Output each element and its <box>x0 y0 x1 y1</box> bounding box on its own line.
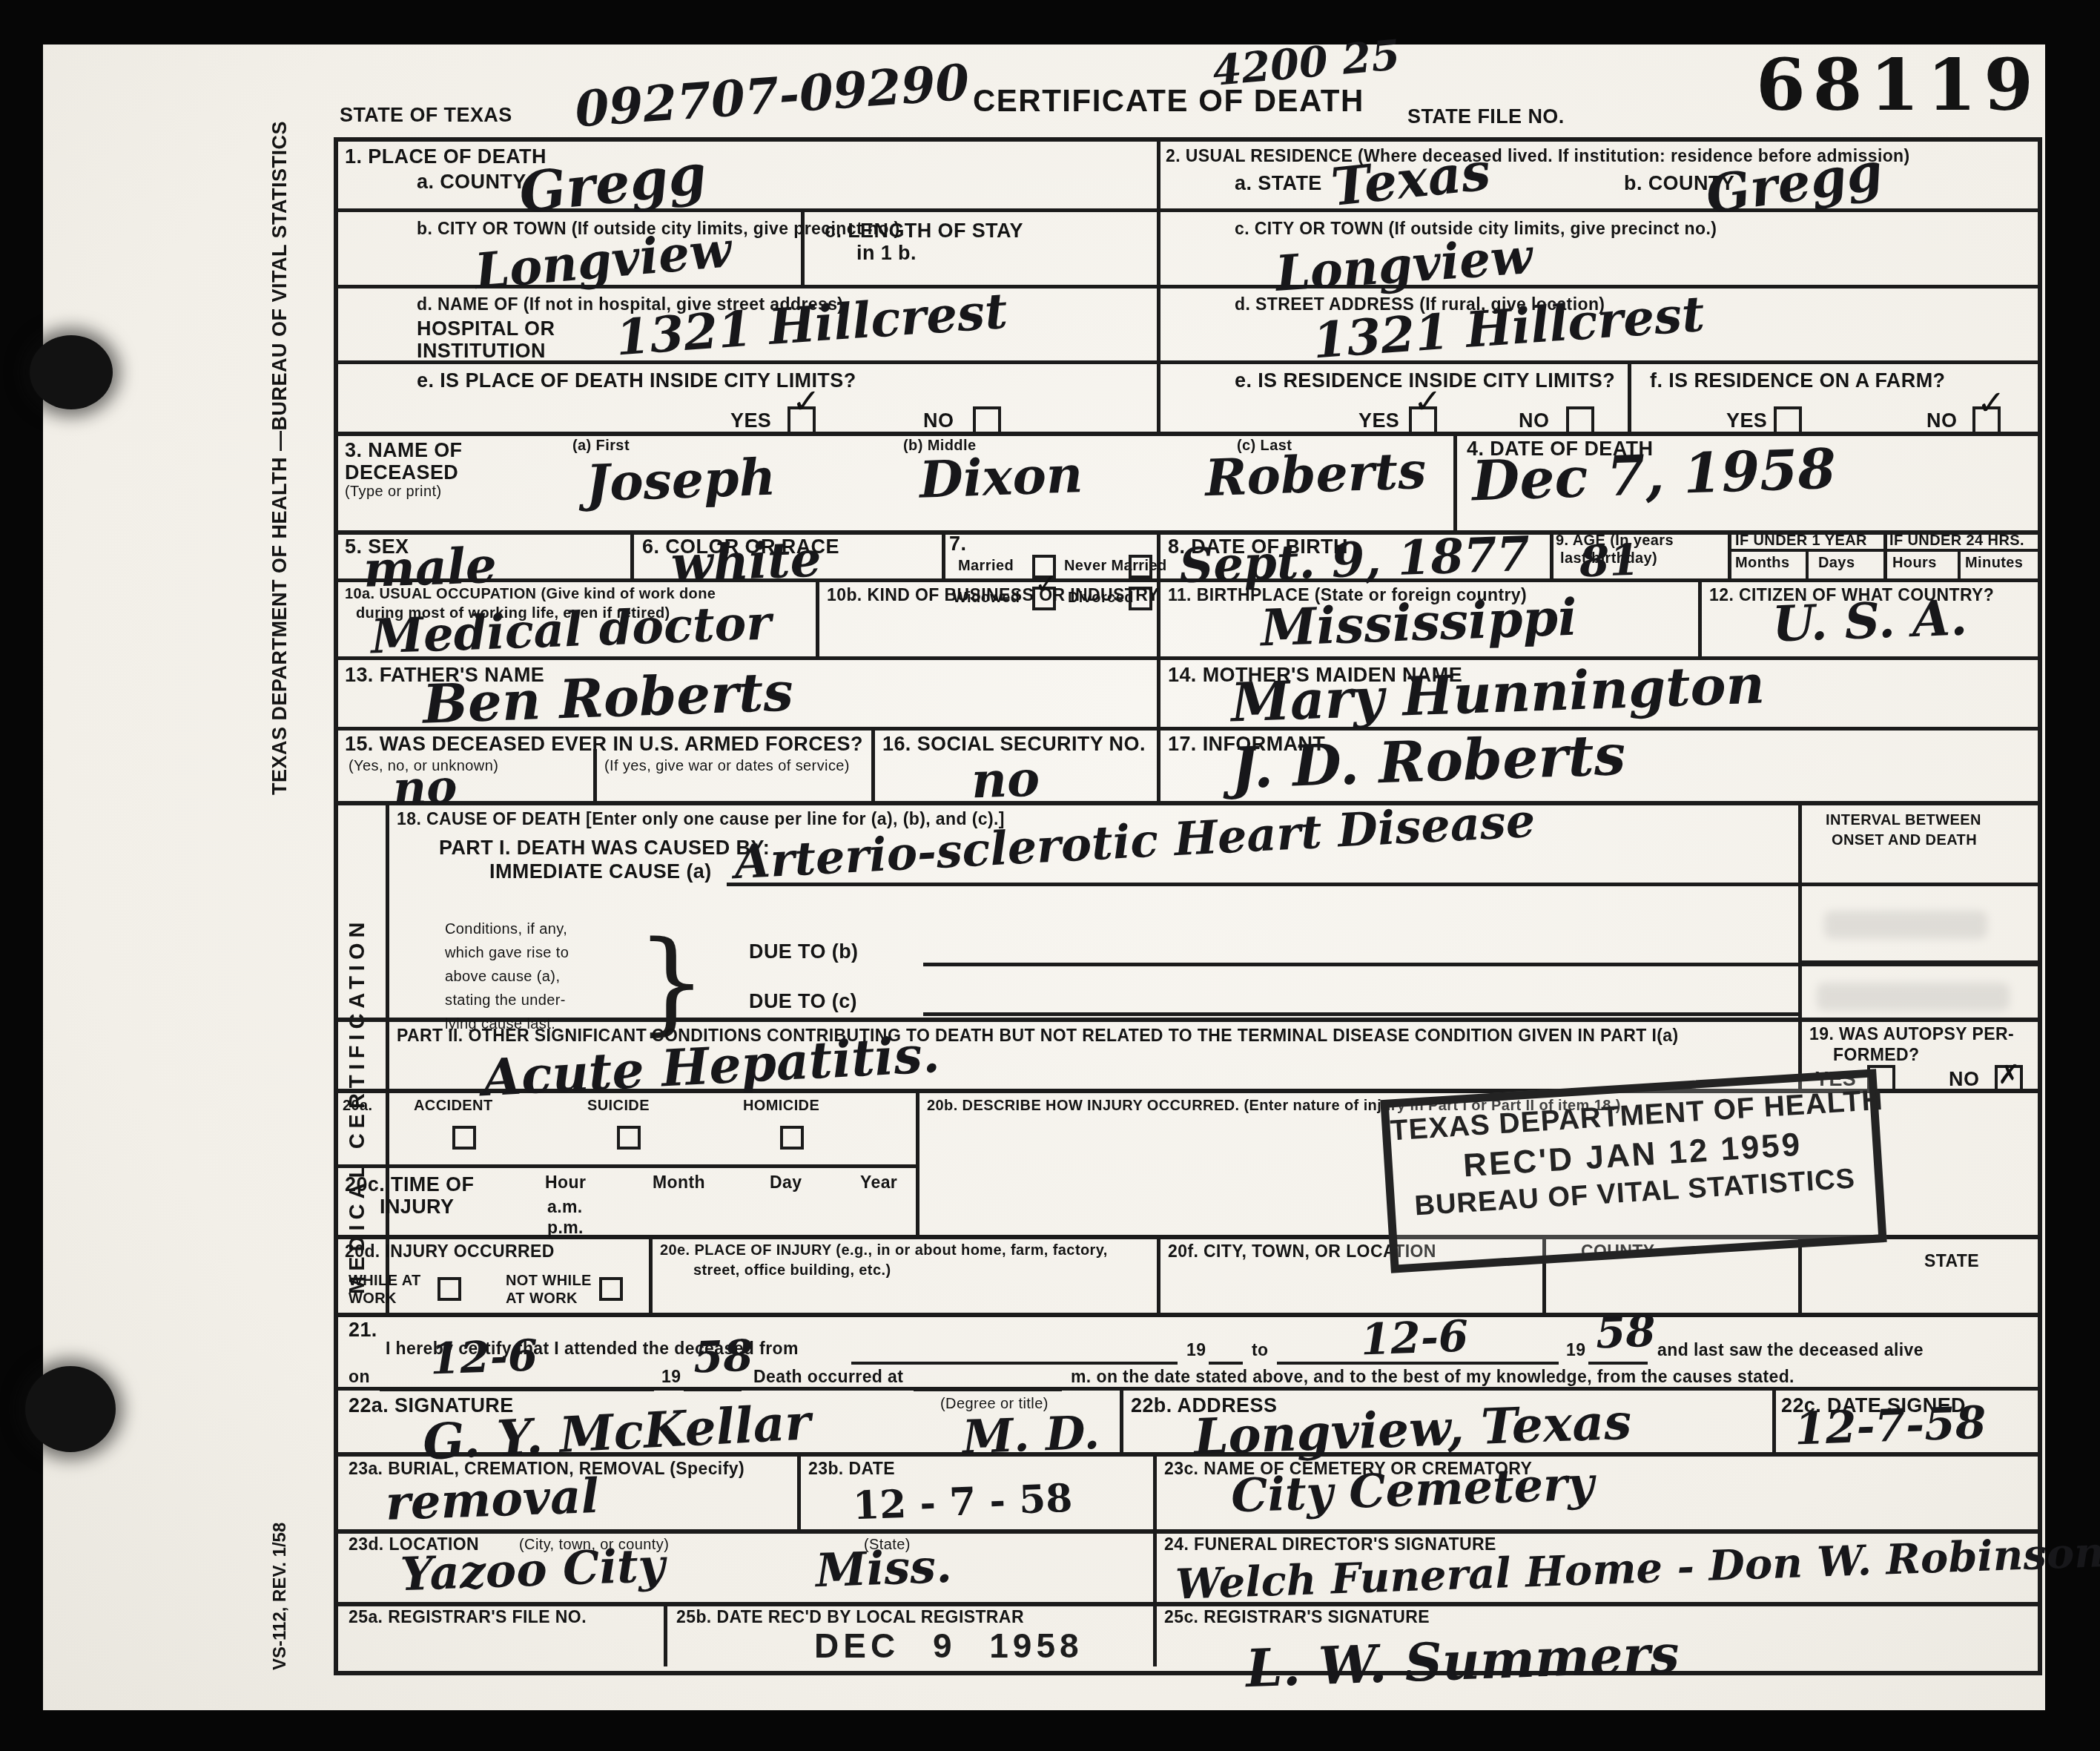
grid-line <box>334 801 2038 805</box>
time-of-injury-label1: 20c. TIME OF <box>345 1173 474 1196</box>
day-label: Day <box>770 1173 802 1193</box>
name-of-deceased-label1: 3. NAME OF <box>345 439 463 461</box>
month-label: Month <box>653 1173 705 1193</box>
fathers-name-value: Ben Roberts <box>422 659 794 735</box>
immediate-cause-label: IMMEDIATE CAUSE (a) <box>489 860 712 883</box>
grid-line <box>797 1452 801 1529</box>
attended-to-year-value: 58 <box>1595 1306 1657 1359</box>
checkbox-never-married <box>1129 555 1152 578</box>
punch-hole <box>30 335 113 409</box>
registrars-signature-label: 25c. REGISTRAR'S SIGNATURE <box>1164 1608 1430 1627</box>
state-of-texas-label: STATE OF TEXAS <box>340 104 512 126</box>
last-name-value: Roberts <box>1204 441 1427 508</box>
margin-form-number: VS-112, REV. 1/58 <box>270 1523 291 1670</box>
checkbox-while-at-work <box>437 1277 461 1301</box>
hospital-name-label2: HOSPITAL OR <box>417 317 555 340</box>
last-seen-date-value: 12-6 <box>429 1330 538 1384</box>
injury-state-label: STATE <box>1924 1252 1979 1271</box>
place-of-injury-label2: street, office building, etc.) <box>693 1262 891 1279</box>
date-recd-stamp: DEC 9 1958 <box>814 1626 1083 1666</box>
pencil-smudge <box>1817 983 2010 1011</box>
name-of-deceased-label2: DECEASED <box>345 461 458 484</box>
first-name-value: Joseph <box>585 448 777 514</box>
am-label: a.m. <box>547 1198 583 1217</box>
homicide-label: HOMICIDE <box>743 1098 819 1114</box>
burial-cremation-value: removal <box>385 1468 600 1531</box>
pm-label: p.m. <box>547 1219 584 1238</box>
not-while-at-work-label2: AT WORK <box>506 1290 578 1307</box>
grid-line <box>1883 530 1887 578</box>
grid-line <box>1120 1387 1123 1452</box>
checkmark-death-city-limits-yes: ✓ <box>792 384 821 418</box>
conditions-note-4: stating the under- <box>445 992 566 1009</box>
autopsy-label-1: 19. WAS AUTOPSY PER- <box>1809 1025 2014 1044</box>
grid-line <box>593 749 597 801</box>
interval-label-2: ONSET AND DEATH <box>1832 832 1977 848</box>
year-label: Year <box>860 1173 897 1193</box>
informant-value: J. D. Roberts <box>1230 722 1627 802</box>
due-c-line <box>923 1012 1798 1016</box>
grid-line <box>1958 549 1961 578</box>
item-21-number: 21. <box>349 1319 377 1341</box>
grid-line <box>1157 727 1160 801</box>
grid-line <box>664 1602 667 1666</box>
hour-label: Hour <box>545 1173 586 1193</box>
yes-label: YES <box>1358 409 1399 432</box>
hospital-name-label3: INSTITUTION <box>417 340 546 362</box>
pencil-smudge <box>1824 911 1987 939</box>
conditions-note-2: which gave rise to <box>445 945 569 961</box>
checkmark-residence-farm-no: ✓ <box>1977 386 2006 420</box>
checkmark-residence-city-limits-yes: ✓ <box>1413 384 1442 418</box>
grid-line <box>1153 1452 1157 1666</box>
blank-line <box>1588 1362 1648 1365</box>
year-19-printed: 19 <box>661 1368 681 1387</box>
first-name-label: (a) First <box>572 438 630 454</box>
interval-label-1: INTERVAL BETWEEN <box>1826 812 1981 828</box>
due-to-b-label: DUE TO (b) <box>749 940 859 963</box>
burial-date-label: 23b. DATE <box>808 1460 895 1479</box>
days-label: Days <box>1818 555 1855 571</box>
injury-occurred-label: 20d. INJURY OCCURRED <box>345 1242 555 1262</box>
grid-line <box>1157 137 1160 432</box>
yes-label: YES <box>1726 409 1767 432</box>
state-file-no-label: STATE FILE NO. <box>1407 105 1565 128</box>
certificate-title: CERTIFICATE OF DEATH <box>973 83 1364 118</box>
grid-line <box>1628 360 1631 432</box>
blank-line <box>914 1388 1062 1391</box>
grid-line <box>334 1018 2038 1022</box>
if-under-1-year-label: IF UNDER 1 YEAR <box>1735 532 1867 549</box>
no-label: NO <box>1519 409 1549 432</box>
registrars-file-no-label: 25a. REGISTRAR'S FILE NO. <box>349 1608 587 1627</box>
grid-line <box>334 1529 2038 1534</box>
armed-forces-label: 15. WAS DECEASED EVER IN U.S. ARMED FORC… <box>345 733 863 755</box>
grid-line <box>1698 578 1702 656</box>
birthplace-value: Mississippi <box>1260 588 1578 659</box>
place-of-injury-label1: 20e. PLACE OF INJURY (e.g., in or about … <box>660 1242 1108 1259</box>
item-20a-number: 20a. <box>343 1098 373 1114</box>
date-of-death-value: Dec 7, 1958 <box>1471 437 1837 513</box>
blank-line <box>1209 1362 1243 1365</box>
grid-line <box>1728 530 1731 578</box>
color-or-race-value: white <box>670 530 822 593</box>
serial-number: 68119 <box>1756 43 2041 127</box>
no-label: NO <box>923 409 954 432</box>
hours-label: Hours <box>1892 555 1937 571</box>
grid-line <box>649 1235 653 1313</box>
part1-label: PART I. DEATH WAS CAUSED BY: <box>439 837 770 859</box>
grid-line <box>334 1313 2038 1317</box>
armed-forces-value: no <box>392 759 458 816</box>
grid-line <box>916 1089 919 1235</box>
residence-farm-label: f. IS RESIDENCE ON A FARM? <box>1650 369 1945 392</box>
date-signed-value: 12-7-58 <box>1794 1397 1987 1456</box>
certify-text-4: m. on the date stated above, and to the … <box>1071 1368 1794 1387</box>
length-of-stay-label: c. LENGTH OF STAY <box>825 220 1023 242</box>
while-at-work-label2: WORK <box>349 1290 397 1307</box>
grid-line <box>1453 432 1457 530</box>
checkbox-homicide <box>780 1126 804 1150</box>
grid-line <box>386 801 389 1313</box>
death-occurred-at-label: Death occurred at <box>753 1368 903 1387</box>
married-label: Married <box>958 558 1014 574</box>
received-stamp: TEXAS DEPARTMENT OF HEALTH REC'D JAN 12 … <box>1380 1069 1886 1273</box>
grid-line <box>334 1164 916 1168</box>
grid-line <box>1798 960 2038 963</box>
on-label: on <box>349 1368 370 1387</box>
checkbox-residence-farm-yes <box>1774 406 1802 435</box>
blank-line <box>380 1388 654 1391</box>
location-city-value: Yazoo City <box>400 1538 666 1601</box>
checkmark-autopsy-no: ✗ <box>1998 1062 2020 1089</box>
checkbox-not-while-at-work <box>599 1277 623 1301</box>
checkbox-death-city-limits-no <box>973 406 1001 435</box>
county-label: a. COUNTY <box>417 171 526 193</box>
location-state-value: Miss. <box>815 1539 953 1597</box>
grid-line <box>1798 883 2038 886</box>
grid-line <box>1806 549 1809 578</box>
grid-line <box>1772 1387 1776 1452</box>
while-at-work-label1: WHILE AT <box>349 1273 421 1289</box>
burial-date-value: 12 - 7 - 58 <box>852 1476 1073 1529</box>
year-19-printed: 19 <box>1566 1341 1585 1360</box>
conditions-note-1: Conditions, if any, <box>445 921 567 937</box>
grid-line <box>942 530 945 578</box>
no-label: NO <box>1949 1068 1979 1090</box>
type-or-print-label: (Type or print) <box>345 484 441 500</box>
grid-line <box>1157 1235 1160 1313</box>
suicide-label: SUICIDE <box>587 1098 650 1114</box>
residence-state-label: a. STATE <box>1235 172 1322 194</box>
checkbox-suicide <box>617 1126 641 1150</box>
punch-hole <box>25 1366 116 1452</box>
date-recd-label: 25b. DATE REC'D BY LOCAL REGISTRAR <box>676 1608 1024 1627</box>
grid-line <box>871 727 875 801</box>
social-security-value: no <box>971 749 1041 809</box>
accident-label: ACCIDENT <box>414 1098 493 1114</box>
marital-status-number: 7. <box>949 532 966 555</box>
if-under-24-hrs-label: IF UNDER 24 HRS. <box>1889 532 2024 549</box>
death-certificate-scan: STATE OF TEXAS 092707-09290 CERTIFICATE … <box>0 0 2100 1751</box>
grid-line <box>1550 530 1553 578</box>
minutes-label: Minutes <box>1965 555 2023 571</box>
year-19-printed: 19 <box>1186 1341 1206 1360</box>
checkbox-residence-city-limits-no <box>1566 406 1594 435</box>
checkbox-accident <box>452 1126 476 1150</box>
margin-department-text: TEXAS DEPARTMENT OF HEALTH —BUREAU OF VI… <box>268 121 291 795</box>
blank-line <box>684 1388 742 1391</box>
conditions-note-3: above cause (a), <box>445 969 560 985</box>
death-inside-city-limits-label: e. IS PLACE OF DEATH INSIDE CITY LIMITS? <box>417 369 856 392</box>
grid-line <box>630 530 634 578</box>
due-to-c-label: DUE TO (c) <box>749 990 857 1012</box>
certify-text-2: and last saw the deceased alive <box>1657 1341 1924 1360</box>
age-value: 81 <box>1579 535 1640 587</box>
time-of-injury-label2: INJURY <box>380 1196 454 1218</box>
grid-line <box>1157 656 1160 727</box>
not-while-at-work-label1: NOT WHILE <box>506 1273 592 1289</box>
months-label: Months <box>1735 555 1790 571</box>
citizen-country-value: U. S. A. <box>1772 588 1968 653</box>
kind-of-business-label: 10b. KIND OF BUSINESS OR INDUSTRY <box>827 586 1159 605</box>
no-label: NO <box>1926 409 1957 432</box>
last-seen-year-value: 58 <box>693 1330 754 1383</box>
attended-to-date-value: 12-6 <box>1360 1310 1469 1365</box>
blank-line <box>851 1362 1178 1365</box>
grid-line <box>1728 549 2038 552</box>
autopsy-label-2: FORMED? <box>1833 1046 1920 1065</box>
to-label: to <box>1252 1341 1269 1360</box>
armed-forces-sub2: (If yes, give war or dates of service) <box>604 758 850 774</box>
length-of-stay-label2: in 1 b. <box>856 242 917 264</box>
grid-line <box>334 360 2038 364</box>
yes-label: YES <box>730 409 771 432</box>
middle-name-value: Dixon <box>919 445 1084 510</box>
grid-line <box>1798 801 1802 1089</box>
grid-line <box>816 578 819 656</box>
degree-value: M. D. <box>962 1405 1100 1464</box>
